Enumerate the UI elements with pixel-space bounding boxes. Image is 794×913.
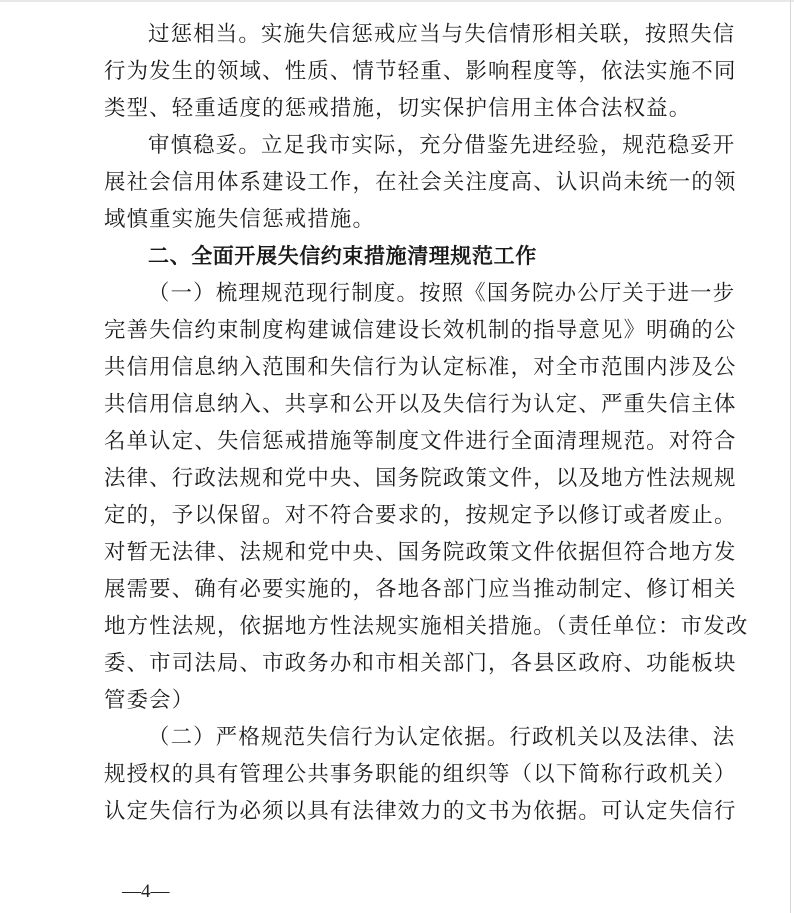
text-line: 共信用信息纳入、共享和公开以及失信行为认定、严重失信主体 [104,386,696,423]
page-top-edge [0,0,794,2]
text-line: 法律、行政法规和党中央、国务院政策文件，以及地方性法规规 [104,460,696,497]
text-line: 展社会信用体系建设工作，在社会关注度高、认识尚未统一的领 [104,164,696,201]
text-line: 审慎稳妥。立足我市实际，充分借鉴先进经验，规范稳妥开 [104,127,696,164]
text-line: 管委会） [104,682,696,719]
page-number: —4— [122,881,170,903]
page-right-edge [790,0,791,913]
text-line: 过惩相当。实施失信惩戒应当与失信情形相关联，按照失信 [104,16,696,53]
text-line: 行为发生的领域、性质、情节轻重、影响程度等，依法实施不同 [104,53,696,90]
text-line: 地方性法规，依据地方性法规实施相关措施。（责任单位：市发改 [104,608,696,645]
text-line: 认定失信行为必须以具有法律效力的文书为依据。可认定失信行 [104,793,696,830]
text-line: 完善失信约束制度构建诚信建设长效机制的指导意见》明确的公 [104,312,696,349]
text-line: 委、市司法局、市政务办和市相关部门，各县区政府、功能板块 [104,645,696,682]
document-page: 过惩相当。实施失信惩戒应当与失信情形相关联，按照失信 行为发生的领域、性质、情节… [104,16,696,830]
text-line: 对暂无法律、法规和党中央、国务院政策文件依据但符合地方发 [104,534,696,571]
text-line: 名单认定、失信惩戒措施等制度文件进行全面清理规范。对符合 [104,423,696,460]
text-line: 规授权的具有管理公共事务职能的组织等（以下简称行政机关） [104,756,696,793]
text-line: 定的，予以保留。对不符合要求的，按规定予以修订或者废止。 [104,497,696,534]
text-line: （一）梳理规范现行制度。按照《国务院办公厅关于进一步 [104,275,696,312]
text-line: （二）严格规范失信行为认定依据。行政机关以及法律、法 [104,719,696,756]
text-line: 域慎重实施失信惩戒措施。 [104,201,696,238]
section-heading: 二、全面开展失信约束措施清理规范工作 [104,238,696,275]
text-line: 类型、轻重适度的惩戒措施，切实保护信用主体合法权益。 [104,90,696,127]
text-line: 展需要、确有必要实施的，各地各部门应当推动制定、修订相关 [104,571,696,608]
text-line: 共信用信息纳入范围和失信行为认定标准，对全市范围内涉及公 [104,349,696,386]
